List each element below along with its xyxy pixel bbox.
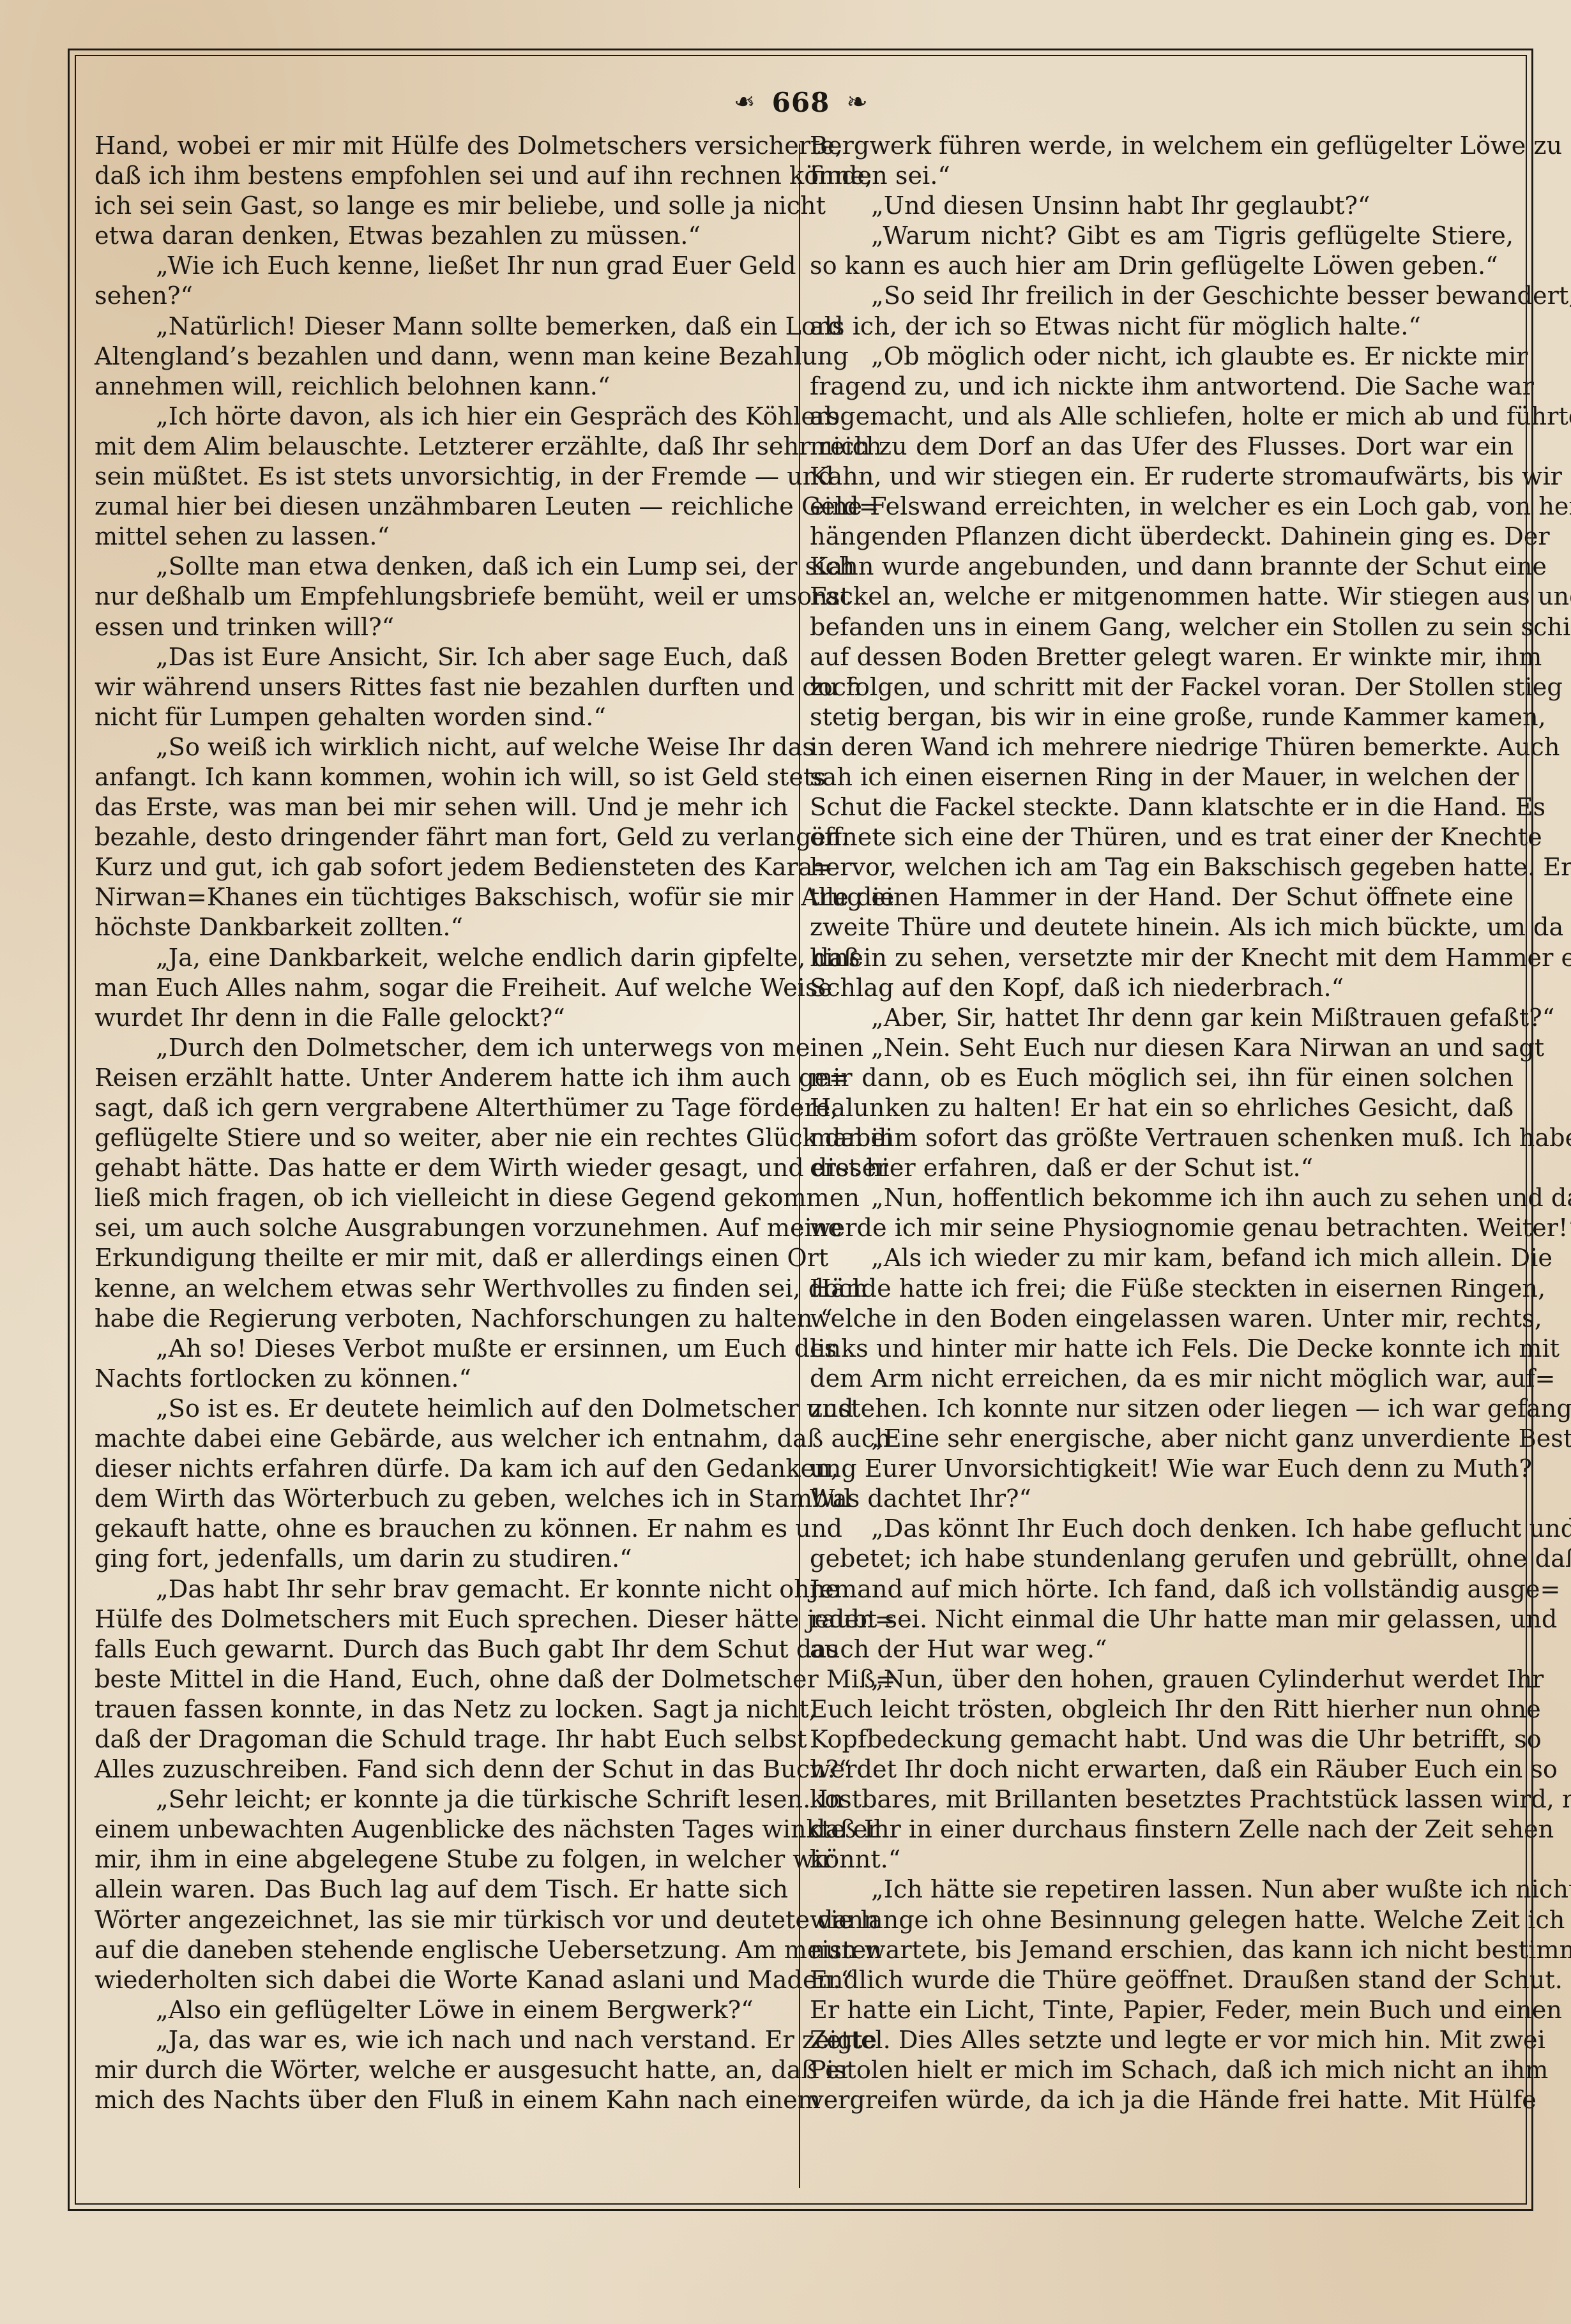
text-line: gebetet; ich habe stundenlang gerufen un… xyxy=(810,1544,1514,1574)
text-line: höchste Dankbarkeit zollten.“ xyxy=(95,913,788,943)
text-line: vergreifen würde, da ich ja die Hände fr… xyxy=(810,2086,1514,2116)
text-line: in deren Wand ich mehrere niedrige Thüre… xyxy=(810,733,1514,763)
text-line: „Aber, Sir, hattet Ihr denn gar kein Miß… xyxy=(810,1004,1514,1034)
text-line: „Sollte man etwa denken, daß ich ein Lum… xyxy=(95,552,788,582)
text-line: Hülfe des Dolmetschers mit Euch sprechen… xyxy=(95,1605,788,1635)
text-line: „Ja, das war es, wie ich nach und nach v… xyxy=(95,2026,788,2056)
text-line: „Ich hätte sie repetiren lassen. Nun abe… xyxy=(810,1875,1514,1905)
paragraph: „Das ist Eure Ansicht, Sir. Ich aber sag… xyxy=(95,643,788,733)
text-line: sagt, daß ich gern vergrabene Alterthüme… xyxy=(95,1094,788,1124)
text-line: „So ist es. Er deutete heimlich auf den … xyxy=(95,1394,788,1424)
text-line: zu folgen, und schritt mit der Fackel vo… xyxy=(810,673,1514,703)
text-line: Erkundigung theilte er mir mit, daß er a… xyxy=(95,1244,788,1274)
text-line: mittel sehen zu lassen.“ xyxy=(95,522,788,552)
text-line: falls Euch gewarnt. Durch das Buch gabt … xyxy=(95,1635,788,1665)
text-line: machte dabei eine Gebärde, aus welcher i… xyxy=(95,1424,788,1454)
paragraph: „Sollte man etwa denken, daß ich ein Lum… xyxy=(95,552,788,642)
text-line: habe die Regierung verboten, Nachforschu… xyxy=(95,1304,788,1334)
text-line: links und hinter mir hatte ich Fels. Die… xyxy=(810,1334,1514,1364)
text-line: trug einen Hammer in der Hand. Der Schut… xyxy=(810,883,1514,913)
paragraph: „Nun, hoffentlich bekomme ich ihn auch z… xyxy=(810,1184,1514,1244)
text-line: „Als ich wieder zu mir kam, befand ich m… xyxy=(810,1244,1514,1274)
text-line: Endlich wurde die Thüre geöffnet. Drauße… xyxy=(810,1966,1514,1996)
text-line: essen und trinken will?“ xyxy=(95,613,788,643)
text-line: „Natürlich! Dieser Mann sollte bemerken,… xyxy=(95,312,788,342)
text-line: dem Arm nicht erreichen, da es mir nicht… xyxy=(810,1364,1514,1394)
text-line: annehmen will, reichlich belohnen kann.“ xyxy=(95,372,788,402)
text-line: Kopfbedeckung gemacht habt. Und was die … xyxy=(810,1725,1514,1755)
text-line: „Nein. Seht Euch nur diesen Kara Nirwan … xyxy=(810,1034,1514,1064)
text-line: „So weiß ich wirklich nicht, auf welche … xyxy=(95,733,788,763)
text-line: hervor, welchen ich am Tag ein Bakschisc… xyxy=(810,853,1514,883)
ornament-right-icon: ❧ xyxy=(846,89,868,115)
text-line: „Ah so! Dieses Verbot mußte er ersinnen,… xyxy=(95,1334,788,1364)
text-line: raubt sei. Nicht einmal die Uhr hatte ma… xyxy=(810,1605,1514,1635)
text-line: Schlag auf den Kopf, daß ich niederbrach… xyxy=(810,974,1514,1004)
text-line: allein waren. Das Buch lag auf dem Tisch… xyxy=(95,1875,788,1905)
text-line: Pistolen hielt er mich im Schach, daß ic… xyxy=(810,2056,1514,2086)
text-line: Schut die Fackel steckte. Dann klatschte… xyxy=(810,793,1514,823)
text-line: wir während unsers Rittes fast nie bezah… xyxy=(95,673,788,703)
text-line: nun wartete, bis Jemand erschien, das ka… xyxy=(810,1936,1514,1966)
text-line: zustehen. Ich konnte nur sitzen oder lie… xyxy=(810,1394,1514,1424)
text-line: abgemacht, und als Alle schliefen, holte… xyxy=(810,402,1514,432)
text-line: so kann es auch hier am Drin geflügelte … xyxy=(810,252,1514,282)
text-line: fragend zu, und ich nickte ihm antworten… xyxy=(810,372,1514,402)
text-line: öffnete sich eine der Thüren, und es tra… xyxy=(810,823,1514,853)
text-line: ließ mich fragen, ob ich vielleicht in d… xyxy=(95,1184,788,1214)
text-line: Fackel an, welche er mitgenommen hatte. … xyxy=(810,582,1514,612)
text-line: trauen fassen konnte, in das Netz zu loc… xyxy=(95,1695,788,1725)
text-line: „Ja, eine Dankbarkeit, welche endlich da… xyxy=(95,944,788,974)
text-line: „Das habt Ihr sehr brav gemacht. Er konn… xyxy=(95,1575,788,1605)
text-line: Er hatte ein Licht, Tinte, Papier, Feder… xyxy=(810,1996,1514,2026)
text-line: ich sei sein Gast, so lange es mir belie… xyxy=(95,192,788,222)
text-line: gekauft hatte, ohne es brauchen zu könne… xyxy=(95,1514,788,1544)
paragraph: „Aber, Sir, hattet Ihr denn gar kein Miß… xyxy=(810,1004,1514,1034)
paragraph: „Durch den Dolmetscher, dem ich unterweg… xyxy=(95,1034,788,1334)
text-line: „Das könnt Ihr Euch doch denken. Ich hab… xyxy=(810,1514,1514,1544)
paragraph: „Ah so! Dieses Verbot mußte er ersinnen,… xyxy=(95,1334,788,1394)
ornament-left-icon: ❧ xyxy=(734,89,755,115)
text-line: auf dessen Boden Bretter gelegt waren. E… xyxy=(810,643,1514,673)
text-line: wiederholten sich dabei die Worte Kanad … xyxy=(95,1966,788,1996)
text-line: „Das ist Eure Ansicht, Sir. Ich aber sag… xyxy=(95,643,788,673)
text-line: mir durch die Wörter, welche er ausgesuc… xyxy=(95,2056,788,2086)
text-line: welche in den Boden eingelassen waren. U… xyxy=(810,1304,1514,1334)
text-line: „Ich hörte davon, als ich hier ein Gespr… xyxy=(95,402,788,432)
text-line: stetig bergan, bis wir in eine große, ru… xyxy=(810,703,1514,733)
paragraph: Hand, wobei er mir mit Hülfe des Dolmets… xyxy=(95,132,788,252)
text-line: „Eine sehr energische, aber nicht ganz u… xyxy=(810,1424,1514,1454)
text-line: man Euch Alles nahm, sogar die Freiheit.… xyxy=(95,974,788,1004)
paragraph: „So weiß ich wirklich nicht, auf welche … xyxy=(95,733,788,944)
text-line: ging fort, jedenfalls, um darin zu studi… xyxy=(95,1544,788,1574)
text-line: sein müßtet. Es ist stets unvorsichtig, … xyxy=(95,462,788,492)
text-line: Nirwan=Khanes ein tüchtiges Bakschisch, … xyxy=(95,883,788,913)
text-line: einem unbewachten Augenblicke des nächst… xyxy=(95,1815,788,1845)
text-line: „Also ein geflügelter Löwe in einem Berg… xyxy=(95,1996,788,2026)
text-line: sah ich einen eisernen Ring in der Mauer… xyxy=(810,763,1514,793)
text-line: Kurz und gut, ich gab sofort jedem Bedie… xyxy=(95,853,788,883)
text-line: Alles zuzuschreiben. Fand sich denn der … xyxy=(95,1755,788,1785)
text-line: Hand, wobei er mir mit Hülfe des Dolmets… xyxy=(95,132,788,162)
paragraph: „Warum nicht? Gibt es am Tigris geflügel… xyxy=(810,222,1514,282)
text-line: Wörter angezeichnet, las sie mir türkisc… xyxy=(95,1906,788,1936)
text-line: Jemand auf mich hörte. Ich fand, daß ich… xyxy=(810,1575,1514,1605)
paragraph: „Also ein geflügelter Löwe in einem Berg… xyxy=(95,1996,788,2026)
text-line: zweite Thüre und deutete hinein. Als ich… xyxy=(810,913,1514,943)
text-line: Hände hatte ich frei; die Füße steckten … xyxy=(810,1274,1514,1304)
text-line: „Sehr leicht; er konnte ja die türkische… xyxy=(95,1785,788,1815)
text-line: dem Wirth das Wörterbuch zu geben, welch… xyxy=(95,1484,788,1514)
text-line: „Nun, hoffentlich bekomme ich ihn auch z… xyxy=(810,1184,1514,1214)
text-line: Kahn wurde angebunden, und dann brannte … xyxy=(810,552,1514,582)
text-line: Halunken zu halten! Er hat ein so ehrlic… xyxy=(810,1094,1514,1124)
text-line: Kahn, und wir stiegen ein. Er ruderte st… xyxy=(810,462,1514,492)
text-line: beste Mittel in die Hand, Euch, ohne daß… xyxy=(95,1665,788,1695)
text-line: eine Felswand erreichten, in welcher es … xyxy=(810,492,1514,522)
text-line: erst hier erfahren, daß er der Schut ist… xyxy=(810,1154,1514,1184)
text-line: mir, ihm in eine abgelegene Stube zu fol… xyxy=(95,1845,788,1875)
text-line: geflügelte Stiere und so weiter, aber ni… xyxy=(95,1124,788,1154)
paragraph: „Eine sehr energische, aber nicht ganz u… xyxy=(810,1424,1514,1514)
text-line: etwa daran denken, Etwas bezahlen zu müs… xyxy=(95,222,788,252)
text-line: anfangt. Ich kann kommen, wohin ich will… xyxy=(95,763,788,793)
text-line: nur deßhalb um Empfehlungsbriefe bemüht,… xyxy=(95,582,788,612)
text-line: wie lange ich ohne Besinnung gelegen hat… xyxy=(810,1906,1514,1936)
paragraph: „Als ich wieder zu mir kam, befand ich m… xyxy=(810,1244,1514,1424)
text-line: ung Eurer Unvorsichtigkeit! Wie war Euch… xyxy=(810,1454,1514,1484)
text-line: Altengland’s bezahlen und dann, wenn man… xyxy=(95,342,788,372)
left-column: Hand, wobei er mir mit Hülfe des Dolmets… xyxy=(95,132,788,2116)
text-line: „Ob möglich oder nicht, ich glaubte es. … xyxy=(810,342,1514,372)
text-line: daß der Dragoman die Schuld trage. Ihr h… xyxy=(95,1725,788,1755)
paragraph: „So seid Ihr freilich in der Geschichte … xyxy=(810,282,1514,342)
right-column: Bergwerk führen werde, in welchem ein ge… xyxy=(810,132,1514,2116)
text-line: „Und diesen Unsinn habt Ihr geglaubt?“ xyxy=(810,192,1514,222)
page-header: ❧ 668 ❧ xyxy=(75,77,1527,128)
paragraph: Bergwerk führen werde, in welchem ein ge… xyxy=(810,132,1514,192)
text-line: man ihm sofort das größte Vertrauen sche… xyxy=(810,1124,1514,1154)
text-line: nicht für Lumpen gehalten worden sind.“ xyxy=(95,703,788,733)
text-line: daß ich ihm bestens empfohlen sei und au… xyxy=(95,162,788,192)
paragraph: „Sehr leicht; er konnte ja die türkische… xyxy=(95,1785,788,1996)
text-line: „Nun, über den hohen, grauen Cylinderhut… xyxy=(810,1665,1514,1695)
paragraph: „Natürlich! Dieser Mann sollte bemerken,… xyxy=(95,312,788,402)
text-line: sei, um auch solche Ausgrabungen vorzune… xyxy=(95,1214,788,1244)
paragraph: „Ja, das war es, wie ich nach und nach v… xyxy=(95,2026,788,2116)
text-line: auch der Hut war weg.“ xyxy=(810,1635,1514,1665)
text-line: hängenden Pflanzen dicht überdeckt. Dahi… xyxy=(810,522,1514,552)
text-line: zumal hier bei diesen unzähmbaren Leuten… xyxy=(95,492,788,522)
text-line: kostbares, mit Brillanten besetztes Prac… xyxy=(810,1785,1514,1815)
text-line: „Warum nicht? Gibt es am Tigris geflügel… xyxy=(810,222,1514,252)
text-line: auf die daneben stehende englische Ueber… xyxy=(95,1936,788,1966)
page-number: 668 xyxy=(772,87,830,118)
text-line: mich zu dem Dorf an das Ufer des Flusses… xyxy=(810,432,1514,462)
text-line: Reisen erzählt hatte. Unter Anderem hatt… xyxy=(95,1064,788,1094)
text-line: Zettel. Dies Alles setzte und legte er v… xyxy=(810,2026,1514,2056)
paragraph: „Ich hätte sie repetiren lassen. Nun abe… xyxy=(810,1875,1514,2116)
paragraph: „Wie ich Euch kenne, ließet Ihr nun grad… xyxy=(95,252,788,312)
text-line: daß Ihr in einer durchaus finstern Zelle… xyxy=(810,1815,1514,1845)
text-line: finden sei.“ xyxy=(810,162,1514,192)
text-line: mir dann, ob es Euch möglich sei, ihn fü… xyxy=(810,1064,1514,1094)
paragraph: „Das könnt Ihr Euch doch denken. Ich hab… xyxy=(810,1514,1514,1664)
text-line: Was dachtet Ihr?“ xyxy=(810,1484,1514,1514)
paragraph: „Und diesen Unsinn habt Ihr geglaubt?“ xyxy=(810,192,1514,222)
text-line: bezahle, desto dringender fährt man fort… xyxy=(95,823,788,853)
paragraph: „Nun, über den hohen, grauen Cylinderhut… xyxy=(810,1665,1514,1876)
text-line: „Durch den Dolmetscher, dem ich unterweg… xyxy=(95,1034,788,1064)
text-line: Nachts fortlocken zu können.“ xyxy=(95,1364,788,1394)
paragraph: „So ist es. Er deutete heimlich auf den … xyxy=(95,1394,788,1575)
text-line: mich des Nachts über den Fluß in einem K… xyxy=(95,2086,788,2116)
text-line: könnt.“ xyxy=(810,1845,1514,1875)
text-line: mit dem Alim belauschte. Letzterer erzäh… xyxy=(95,432,788,462)
text-line: „So seid Ihr freilich in der Geschichte … xyxy=(810,282,1514,312)
text-line: befanden uns in einem Gang, welcher ein … xyxy=(810,613,1514,643)
paragraph: „Ja, eine Dankbarkeit, welche endlich da… xyxy=(95,944,788,1034)
text-line: das Erste, was man bei mir sehen will. U… xyxy=(95,793,788,823)
text-line: gehabt hätte. Das hatte er dem Wirth wie… xyxy=(95,1154,788,1184)
text-line: sehen?“ xyxy=(95,282,788,312)
text-line: wurdet Ihr denn in die Falle gelockt?“ xyxy=(95,1004,788,1034)
text-line: kenne, an welchem etwas sehr Werthvolles… xyxy=(95,1274,788,1304)
text-line: Euch leicht trösten, obgleich Ihr den Ri… xyxy=(810,1695,1514,1725)
paragraph: „Nein. Seht Euch nur diesen Kara Nirwan … xyxy=(810,1034,1514,1184)
paragraph: „Ich hörte davon, als ich hier ein Gespr… xyxy=(95,402,788,552)
text-line: als ich, der ich so Etwas nicht für mögl… xyxy=(810,312,1514,342)
text-line: werde ich mir seine Physiognomie genau b… xyxy=(810,1214,1514,1244)
text-line: „Wie ich Euch kenne, ließet Ihr nun grad… xyxy=(95,252,788,282)
text-line: Bergwerk führen werde, in welchem ein ge… xyxy=(810,132,1514,162)
text-line: werdet Ihr doch nicht erwarten, daß ein … xyxy=(810,1755,1514,1785)
text-line: dieser nichts erfahren dürfe. Da kam ich… xyxy=(95,1454,788,1484)
paragraph: „Das habt Ihr sehr brav gemacht. Er konn… xyxy=(95,1575,788,1786)
text-line: hinein zu sehen, versetzte mir der Knech… xyxy=(810,944,1514,974)
paragraph: „Ob möglich oder nicht, ich glaubte es. … xyxy=(810,342,1514,1004)
